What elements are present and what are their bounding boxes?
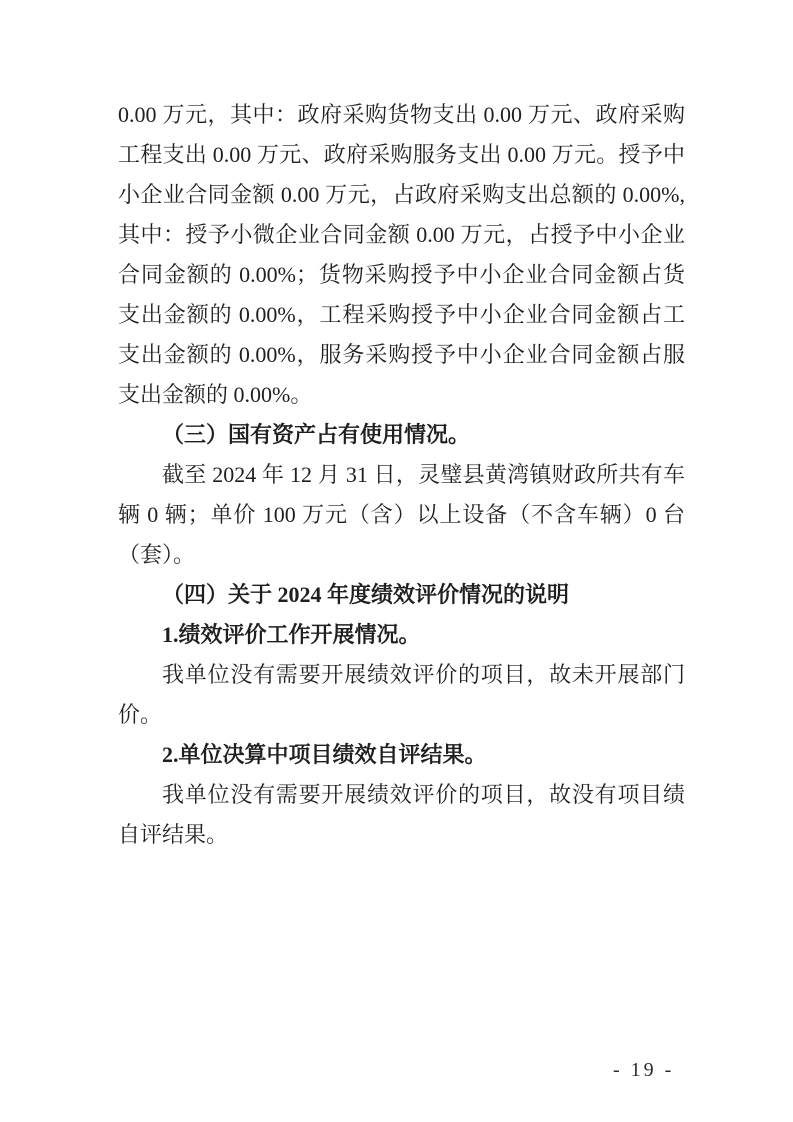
body-line: （套）。	[118, 535, 685, 575]
document-page: 0.00 万元，其中：政府采购货物支出 0.00 万元、政府采购 工程支出 0.…	[0, 0, 793, 1122]
body-line: 截至 2024 年 12 月 31 日，灵璧县黄湾镇财政所共有车	[118, 455, 685, 495]
body-line: 我单位没有需要开展绩效评价的项目，故没有项目绩效	[118, 775, 685, 815]
page-number: - 19 -	[613, 1058, 674, 1082]
body-line: 合同金额的 0.00%；货物采购授予中小企业合同金额占货物	[118, 255, 685, 295]
section-heading-3: （三）国有资产占有使用情况。	[118, 415, 685, 455]
body-line: 小企业合同金额 0.00 万元，占政府采购支出总额的 0.00%,	[118, 175, 685, 215]
body-line: 支出金额的 0.00%，服务采购授予中小企业合同金额占服务	[118, 335, 685, 375]
body-line: 0.00 万元，其中：政府采购货物支出 0.00 万元、政府采购	[118, 95, 685, 135]
subsection-heading-2: 2.单位决算中项目绩效自评结果。	[118, 735, 685, 775]
body-line: 工程支出 0.00 万元、政府采购服务支出 0.00 万元。授予中	[118, 135, 685, 175]
body-line: 辆 0 辆；单价 100 万元（含）以上设备（不含车辆）0 台	[118, 495, 685, 535]
body-line: 价。	[118, 695, 685, 735]
body-line: 其中：授予小微企业合同金额 0.00 万元，占授予中小企业	[118, 215, 685, 255]
body-line: 我单位没有需要开展绩效评价的项目，故未开展部门评	[118, 655, 685, 695]
body-line: 自评结果。	[118, 815, 685, 855]
section-heading-4: （四）关于 2024 年度绩效评价情况的说明	[118, 575, 685, 615]
subsection-heading-1: 1.绩效评价工作开展情况。	[118, 615, 685, 655]
body-line: 支出金额的 0.00%，工程采购授予中小企业合同金额占工程	[118, 295, 685, 335]
document-body: 0.00 万元，其中：政府采购货物支出 0.00 万元、政府采购 工程支出 0.…	[118, 95, 685, 855]
body-line: 支出金额的 0.00%。	[118, 375, 685, 415]
